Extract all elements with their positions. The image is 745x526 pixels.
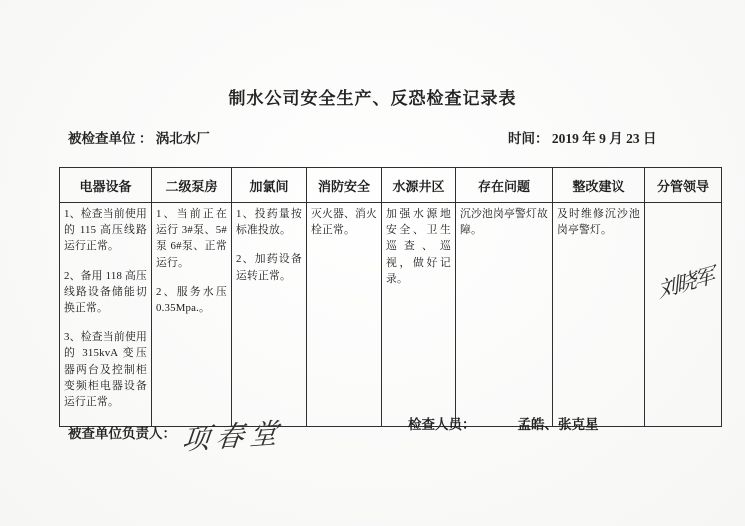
column-header-4: 消防安全: [307, 168, 382, 203]
time-label: 时间：: [508, 131, 549, 146]
page-title: 制水公司安全生产、反恐检查记录表: [0, 84, 745, 109]
table-cell-5: 加强水源地安全、卫生巡查、巡视，做好记录。: [382, 203, 456, 427]
column-header-3: 加氯间: [232, 168, 307, 203]
scanned-document-page: 制水公司安全生产、反恐检查记录表 被检查单位 ： 涡北水厂 时间： 2019 年…: [0, 0, 745, 526]
inspectors: 检查人员：孟皓、张克星: [408, 413, 599, 433]
inspectors-label: 检查人员：: [408, 417, 476, 432]
cell-paragraph: 及时维修沉沙池岗亭警灯。: [557, 206, 640, 238]
table-cell-2: 1、当前正在运行 3#泵、5#泵 6#泵、正常运行。2、服务水压 0.35Mpa…: [152, 203, 232, 427]
column-header-2: 二级泵房: [152, 168, 232, 203]
responsible-person: 被查单位负责人：项春堂: [68, 415, 284, 455]
column-header-5: 水源井区: [382, 168, 456, 203]
responsible-label: 被查单位负责人：: [68, 426, 176, 441]
time-value: 2019 年 9 月 23 日: [552, 131, 657, 146]
cell-paragraph: 1、投药量按标准投放。: [236, 206, 302, 238]
leader-signature: 刘晓军: [656, 260, 715, 307]
inspection-record-table: 电器设备二级泵房加氯间消防安全水源井区存在问题整改建议分管领导 1、检查当前使用…: [59, 167, 722, 427]
cell-paragraph: 3、检查当前使用的 315kvA 变压器两台及控制柜变频柜电器设备运行正常。: [64, 329, 147, 410]
cell-paragraph: 2、备用 118 高压线路设备储能切换正常。: [64, 268, 147, 317]
table-cell-6: 沉沙池岗亭警灯故障。: [456, 203, 553, 427]
inspection-time: 时间： 2019 年 9 月 23 日: [508, 127, 657, 147]
cell-paragraph: 2、服务水压 0.35Mpa.。: [156, 284, 227, 316]
column-header-8: 分管领导: [645, 168, 722, 203]
table-cell-7: 及时维修沉沙池岗亭警灯。: [553, 203, 645, 427]
column-header-7: 整改建议: [553, 168, 645, 203]
cell-paragraph: 加强水源地安全、卫生巡查、巡视，做好记录。: [386, 206, 451, 287]
inspected-unit-value: 涡北水厂: [156, 131, 210, 146]
cell-paragraph: 1、当前正在运行 3#泵、5#泵 6#泵、正常运行。: [156, 206, 227, 271]
cell-paragraph: 灭火器、消火栓正常。: [311, 206, 377, 238]
inspectors-value: 孟皓、张克星: [518, 417, 599, 432]
inspected-unit: 被检查单位 ： 涡北水厂: [68, 127, 210, 147]
table-header-row: 电器设备二级泵房加氯间消防安全水源井区存在问题整改建议分管领导: [60, 168, 722, 203]
column-header-1: 电器设备: [60, 168, 152, 203]
column-header-6: 存在问题: [456, 168, 553, 203]
table-cell-4: 灭火器、消火栓正常。: [307, 203, 382, 427]
table-cell-3: 1、投药量按标准投放。2、加药设备运转正常。: [232, 203, 307, 427]
cell-paragraph: 2、加药设备运转正常。: [236, 251, 302, 283]
inspected-unit-label: 被检查单位 ：: [68, 131, 152, 146]
cell-paragraph: 1、检查当前使用的 115 高压线路运行正常。: [64, 206, 147, 255]
table-body-row: 1、检查当前使用的 115 高压线路运行正常。2、备用 118 高压线路设备储能…: [60, 203, 722, 427]
responsible-signature: 项春堂: [180, 411, 286, 459]
cell-paragraph: 沉沙池岗亭警灯故障。: [460, 206, 548, 238]
table-cell-8: 刘晓军: [645, 203, 722, 427]
table-cell-1: 1、检查当前使用的 115 高压线路运行正常。2、备用 118 高压线路设备储能…: [60, 203, 152, 427]
